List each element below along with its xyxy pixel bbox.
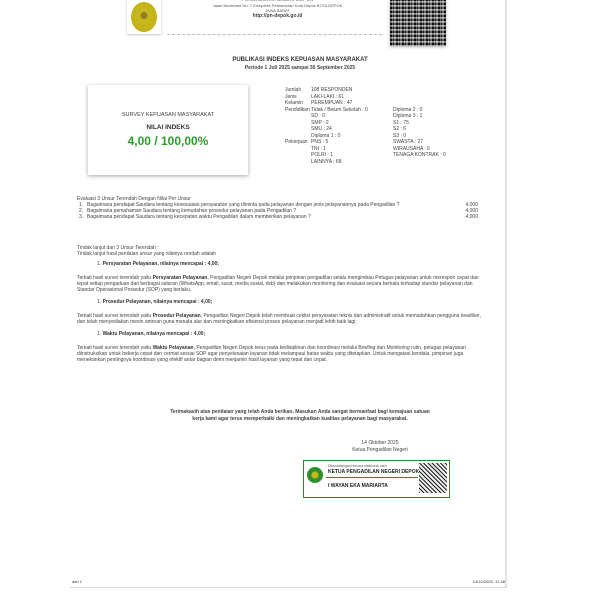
page-bottom-edge (70, 587, 507, 588)
job-label: Pekerjaan (285, 139, 308, 146)
print-timestamp: 14/10/2025, 12.48 (473, 579, 505, 584)
job-item: LAINNYA : 68 (311, 159, 341, 166)
electronic-signature-badge: Ditandatangani secara elektronik oleh KE… (303, 460, 450, 498)
sign-date: 14 Oktober 2025 (325, 440, 435, 447)
survey-label: SURVEY KEPUASAN MASYARAKAT (88, 112, 248, 118)
court-emblem-icon (131, 2, 157, 32)
gender-label: Jenis Kelamin (285, 94, 303, 107)
follow-up-section: Tindak lanjut dari 3 Unsur Terendah : Ti… (77, 245, 485, 369)
page-counter: dari 1 (72, 579, 82, 584)
esign-caption: Ditandatangani secara elektronik oleh (328, 464, 387, 468)
publication-period: Periode 1 Juli 2025 sampai 30 September … (140, 65, 460, 71)
publication-title: PUBLIKASI INDEKS KEPUASAN MASYARAKAT (140, 57, 460, 63)
esign-divider (326, 477, 418, 478)
court-emblem-icon (307, 467, 323, 483)
index-score: 4,00 / 100,00% (88, 134, 248, 148)
item-text: Bagaimana pendapat Saudara tentang kecep… (87, 214, 311, 220)
education-label: Pendidikan (285, 107, 310, 114)
qr-code-icon (419, 463, 447, 493)
follow-up-item-title: 1. Waktu Pelayanan, nilainya mencapai : … (97, 331, 485, 337)
item-title: Waktu Pelayanan, nilainya mencapai : 4,0… (103, 331, 206, 337)
evaluation-item: 3. Bagaimana pendapat Saudara tentang ke… (77, 214, 482, 220)
item-value: 4,000 (465, 214, 478, 220)
follow-up-paragraph: Terkait hasil survei terendah yaitu Wakt… (77, 345, 485, 363)
closing-message: Terimakasih atas penilaian yang telah An… (170, 409, 430, 422)
item-title: Persyaratan Pelayanan, nilainya mencapai… (103, 261, 219, 267)
header-divider (167, 34, 382, 35)
page-right-edge (505, 0, 507, 588)
esign-office: KETUA PENGADILAN NEGERI DEPOK (328, 469, 419, 475)
court-logo (127, 0, 161, 34)
index-label: NILAI INDEKS (88, 124, 248, 131)
follow-up-item-title: 1. Prosedur Pelayanan, nilainya mencapai… (97, 299, 485, 305)
item-title: Prosedur Pelayanan, nilainya mencapai : … (103, 299, 213, 305)
esign-name: I WAYAN EKA MARIARTA (328, 483, 388, 489)
court-url[interactable]: http://pn-depok.go.id (170, 14, 385, 19)
signer-title: Ketua Pengadilan Negeri (325, 447, 435, 454)
follow-up-item-title: 1. Persyaratan Pelayanan, nilainya menca… (97, 261, 485, 267)
signature-block: 14 Oktober 2025 Ketua Pengadilan Negeri (325, 440, 435, 454)
follow-up-paragraph: Terkait hasil survei terendah yaitu Pers… (77, 275, 485, 293)
job-item: TENAGA KONTRAK : 0 (393, 152, 446, 159)
index-card: SURVEY KEPUASAN MASYARAKAT NILAI INDEKS … (88, 85, 248, 175)
follow-up-intro: Tindak lanjut hasil penilaian unsur yang… (77, 251, 485, 257)
follow-up-paragraph: Terkait hasil survei terendah yaitu Pros… (77, 313, 485, 325)
letterhead: PENGADILAN NEGERI DEPOK Jalan Boulevard … (170, 0, 385, 19)
item-number: 3. (79, 214, 83, 220)
evaluation-section: Evaluasi 3 Unsur Terendah Dengan Nilai P… (77, 196, 482, 220)
qr-code-icon (390, 0, 446, 46)
